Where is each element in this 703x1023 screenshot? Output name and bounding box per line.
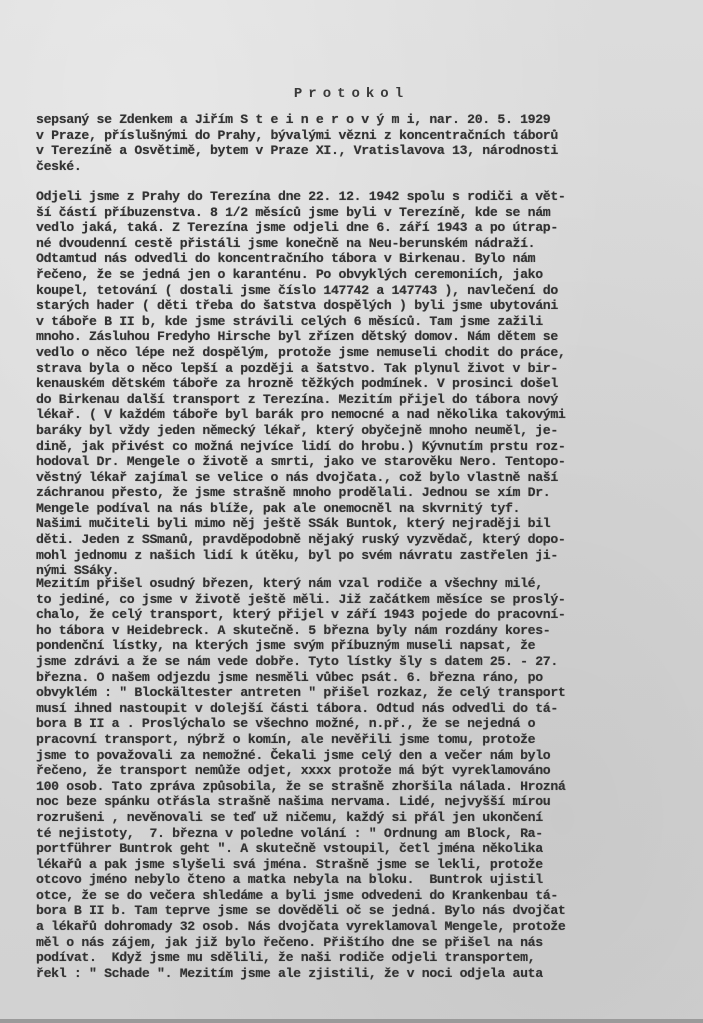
- text-line: noc beze spánku otřásla strašně našima n…: [36, 794, 676, 810]
- text-line: baráky byl vždy jeden německý lékař, kte…: [36, 423, 676, 439]
- document-title: Protokol: [0, 86, 703, 102]
- text-line: chalo, že celý transport, který přijel v…: [36, 607, 676, 623]
- text-line: jsme to považovali za nemožné. Čekali js…: [36, 748, 676, 764]
- text-line: české.: [36, 159, 676, 175]
- text-line: koupel, tetování ( dostali jsme číslo 14…: [36, 283, 676, 299]
- text-line: vedlo jaká, taká. Z Terezína jsme odjeli…: [36, 220, 676, 236]
- text-line: otcovo jméno nebylo čteno a matka nebyla…: [36, 872, 676, 888]
- text-line: řečeno, že se jedná jen o karanténu. Po …: [36, 267, 676, 283]
- text-line: věstný lékař zajímal se velice o nás dvo…: [36, 470, 676, 486]
- text-line: musí ihned nastoupit v dolejší části táb…: [36, 701, 676, 717]
- text-line: v Terezíně a Osvětimě, bytem v Praze XI.…: [36, 143, 676, 159]
- text-line: mohl jednomu z našich lidí k útěku, byl …: [36, 548, 676, 564]
- text-line: v Praze, příslušnými do Prahy, bývalými …: [36, 128, 676, 144]
- text-line: mnoho. Zásluhou Fredyho Hirsche byl zříz…: [36, 329, 676, 345]
- text-line: a lékařů dohromady 32 osob. Nás dvojčata…: [36, 919, 676, 935]
- text-line: rozrušeni , nevěnovali se teď už ničemu,…: [36, 810, 676, 826]
- text-line: strava byla o něco lepší a později a šat…: [36, 361, 676, 377]
- text-line: bora B II a . Proslýchalo se všechno mož…: [36, 716, 676, 732]
- text-line: otce, že se do večera shledáme a byli js…: [36, 888, 676, 904]
- text-line: kenauském dětském táboře za hrozně těžký…: [36, 376, 676, 392]
- text-line: pracovní transport, nýbrž o komín, ale n…: [36, 732, 676, 748]
- text-line: Odtamtud nás odvedli do koncentračního t…: [36, 251, 676, 267]
- text-line: v táboře B II b, kde jsme strávili celýc…: [36, 314, 676, 330]
- paragraph-intro: sepsaný se Zdenkem a Jiřím S t e i n e r…: [36, 112, 676, 174]
- text-line: jsme zdrávi a že se nám vede dobře. Tyto…: [36, 654, 676, 670]
- text-line: Mengele podíval na nás blíže, pak ale on…: [36, 501, 676, 517]
- text-line: obvyklém : " Blockältester antreten " př…: [36, 685, 676, 701]
- text-line: lékařů a pak jsme slyšeli svá jména. Str…: [36, 857, 676, 873]
- text-line: ho tábora v Heidebreck. A skutečně. 5 bř…: [36, 623, 676, 639]
- text-line: března. O našem odjezdu jsme nesměli vůb…: [36, 670, 676, 686]
- text-line: pondenční lístky, na kterých jsme svým p…: [36, 638, 676, 654]
- text-line: řečeno, že transport nemůže odjet, xxxx …: [36, 763, 676, 779]
- text-line: portführer Buntrok geht ". A skutečně vs…: [36, 841, 676, 857]
- text-line: bora B II b. Tam teprve jsme se dověděli…: [36, 903, 676, 919]
- paragraph-march-transport: Mezitím přišel osudný březen, který nám …: [36, 576, 676, 981]
- text-line: né dvoudenní cestě přistáli jsme konečně…: [36, 236, 676, 252]
- text-line: Našimi mučiteli byli mimo něj ještě SSák…: [36, 516, 676, 532]
- text-line: Odjeli jsme z Prahy do Terezína dne 22. …: [36, 189, 676, 205]
- text-line: řekl : " Schade ". Mezitím jsme ale zjis…: [36, 966, 676, 982]
- text-line: do Birkenau další transport z Terezína. …: [36, 392, 676, 408]
- text-line: podívat. Když jsme mu sdělili, že naši r…: [36, 950, 676, 966]
- text-line: starých hader ( děti třeba do šatstva do…: [36, 298, 676, 314]
- text-line: hodoval Dr. Mengele o životě a smrti, ja…: [36, 454, 676, 470]
- text-line: dině, jak přivést co možná nejvíce lidí …: [36, 439, 676, 455]
- text-line: lékař. ( V každém táboře byl barák pro n…: [36, 407, 676, 423]
- text-line: to jediné, co jsme v životě ještě měli. …: [36, 592, 676, 608]
- text-line: záchranou přesto, že jsme strašně mnoho …: [36, 485, 676, 501]
- text-line: té nejistoty, 7. března v poledne volání…: [36, 826, 676, 842]
- text-line: vedlo o něco lépe než dospělým, protože …: [36, 345, 676, 361]
- text-line: děti. Jeden z SSmanů, pravděpodobně něja…: [36, 532, 676, 548]
- paragraph-terezin-birkenau: Odjeli jsme z Prahy do Terezína dne 22. …: [36, 189, 676, 579]
- text-line: Mezitím přišel osudný březen, který nám …: [36, 576, 676, 592]
- document-page: Protokol sepsaný se Zdenkem a Jiřím S t …: [0, 0, 703, 1023]
- text-line: ší částí příbuzenstva. 8 1/2 měsíců jsme…: [36, 205, 676, 221]
- text-line: sepsaný se Zdenkem a Jiřím S t e i n e r…: [36, 112, 676, 128]
- text-line: 100 osob. Tato zpráva způsobila, že se s…: [36, 779, 676, 795]
- text-line: měl o nás zájem, jak již bylo řečeno. Př…: [36, 935, 676, 951]
